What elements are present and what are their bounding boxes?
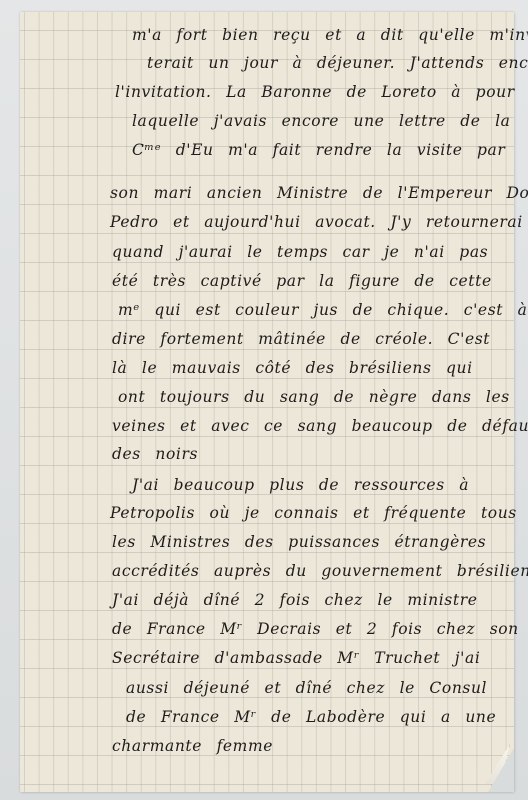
letter-line: des noirs [112, 445, 198, 463]
letter-line: mᵉ qui est couleur jus de chique. c'est … [118, 301, 527, 319]
letter-line: de France Mʳ de Labodère qui a une [126, 708, 496, 726]
letter-line: veines et avec ce sang beaucoup de défau… [112, 417, 528, 435]
letter-line: aussi déjeuné et dîné chez le Consul [126, 679, 487, 697]
letter-line: ont toujours du sang de nègre dans les [118, 388, 510, 406]
letter-line: son mari ancien Ministre de l'Empereur D… [110, 184, 528, 202]
letter-line: là le mauvais côté des brésiliens qui [112, 359, 473, 377]
letter-line: m'a fort bien reçu et a dit qu'elle m'in… [132, 26, 528, 44]
letter-line: les Ministres des puissances étrangères [112, 533, 486, 551]
letter-line: J'ai déjà dîné 2 fois chez le ministre [112, 591, 477, 609]
letter-line: dire fortement mâtinée de créole. C'est [112, 330, 490, 348]
letter-line: charmante femme [112, 737, 273, 755]
letter-line: laquelle j'avais encore une lettre de la [132, 112, 511, 130]
letter-line: quand j'aurai le temps car je n'ai pas [112, 243, 488, 261]
letter-line: accrédités auprès du gouvernement brésil… [112, 562, 528, 580]
letter-line: Petropolis où je connais et fréquente to… [110, 504, 517, 522]
letter-line: Cᵐᵉ d'Eu m'a fait rendre la visite par [132, 141, 505, 159]
letter-line: de France Mʳ Decrais et 2 fois chez son [112, 620, 519, 638]
letter-line: J'ai beaucoup plus de ressources à [132, 476, 469, 494]
letter-line: Secrétaire d'ambassade Mʳ Truchet j'ai [112, 649, 480, 667]
handwritten-letter: m'a fort bien reçu et a dit qu'elle m'in… [0, 0, 528, 800]
letter-line: été très captivé par la figure de cette [112, 272, 492, 290]
letter-line: terait un jour à déjeuner. J'attends enc… [147, 54, 528, 72]
letter-line: Pedro et aujourd'hui avocat. J'y retourn… [110, 213, 523, 231]
letter-line: l'invitation. La Baronne de Loreto à pou… [115, 83, 515, 101]
